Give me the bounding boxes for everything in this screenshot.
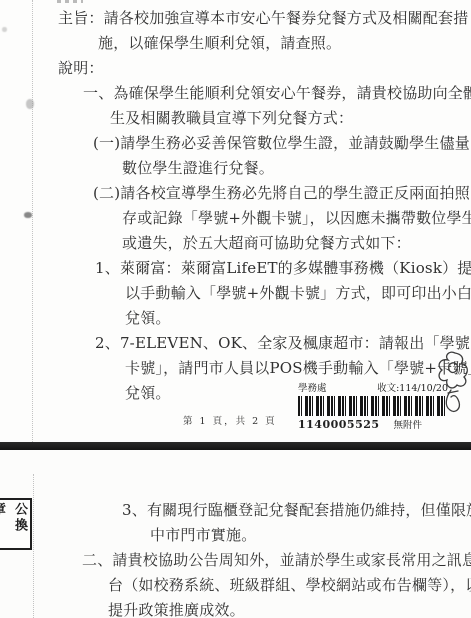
page1-body-text: 主旨：請各校加強宣導本市安心午餐券兌餐方式及相關配套措施，以確保學生順利兌領，請… xyxy=(0,6,471,406)
receiving-office-label: 學務處 xyxy=(298,382,327,395)
page-number-footer: 第 1 頁，共 2 頁 xyxy=(183,413,277,427)
text-line: 1、萊爾富：萊爾富LifeET的多媒體事務機（Kiosk）提供 xyxy=(0,256,471,281)
document-page-2: 公換章 不交達 3、有關現行臨櫃登記兌餐配套措施仍維持，但僅限於臺中市門市實施。… xyxy=(0,450,471,618)
text-line: 一、為確保學生能順利兌領安心午餐券，請貴校協助向全體學 xyxy=(0,81,471,106)
text-line: 提升政策推廣成效。 xyxy=(0,598,471,618)
text-line: 卡號」，請門市人員以POS機手動輸入「學號+卡號」 xyxy=(0,356,471,381)
text-line: (一)請學生務必妥善保管數位學生證，並請鼓勵學生儘量以 xyxy=(0,131,471,156)
text-line: 兌領。 xyxy=(0,306,471,331)
text-line: 以手動輸入「學號+外觀卡號」方式，即可印出小白單 xyxy=(0,281,471,306)
text-line: 說明： xyxy=(0,56,471,81)
text-line: (二)請各校宣導學生務必先將自己的學生證正反兩面拍照留 xyxy=(0,181,471,206)
text-line: 數位學生證進行兌餐。 xyxy=(0,156,471,181)
document-barcode xyxy=(298,396,446,416)
text-line: 台（如校務系統、班級群組、學校網站或布告欄等），以 xyxy=(0,573,471,598)
text-line: 生及相關教職員宣導下列兌餐方式： xyxy=(0,106,471,131)
page2-body-text: 3、有關現行臨櫃登記兌餐配套措施仍維持，但僅限於臺中市門市實施。二、請貴校協助公… xyxy=(0,498,471,618)
text-line: 施，以確保學生順利兌領，請查照。 xyxy=(0,31,471,56)
receipt-stamp: 學務處 收文:114/10/20 1140005525 無附件 xyxy=(298,382,448,431)
text-line: 或遺失，於五大超商可協助兌餐方式如下： xyxy=(0,231,471,256)
text-line: 存或記錄「學號+外觀卡號」，以因應未攜帶數位學生證 xyxy=(0,206,471,231)
document-page-1: 主旨：請各校加強宣導本市安心午餐券兌餐方式及相關配套措施，以確保學生順利兌領，請… xyxy=(0,0,471,442)
handwritten-scribble-mark xyxy=(434,350,471,425)
text-line: 中市門市實施。 xyxy=(0,523,471,548)
attachment-label: 無附件 xyxy=(393,417,422,431)
cropped-text-fragment xyxy=(57,0,83,3)
document-number: 1140005525 xyxy=(298,418,380,431)
text-line: 二、請貴校協助公告周知外，並請於學生或家長常用之訊息平 xyxy=(0,548,471,573)
document-screenshot: 主旨：請各校加強宣導本市安心午餐券兌餐方式及相關配套措施，以確保學生順利兌領，請… xyxy=(0,0,471,618)
page-divider-bar xyxy=(0,442,471,450)
text-line: 主旨：請各校加強宣導本市安心午餐券兌餐方式及相關配套措 xyxy=(0,6,471,31)
text-line: 2、7-ELEVEN、OK、全家及楓康超市：請報出「學號+外觀 xyxy=(0,331,471,356)
text-line: 3、有關現行臨櫃登記兌餐配套措施仍維持，但僅限於臺 xyxy=(0,498,471,523)
